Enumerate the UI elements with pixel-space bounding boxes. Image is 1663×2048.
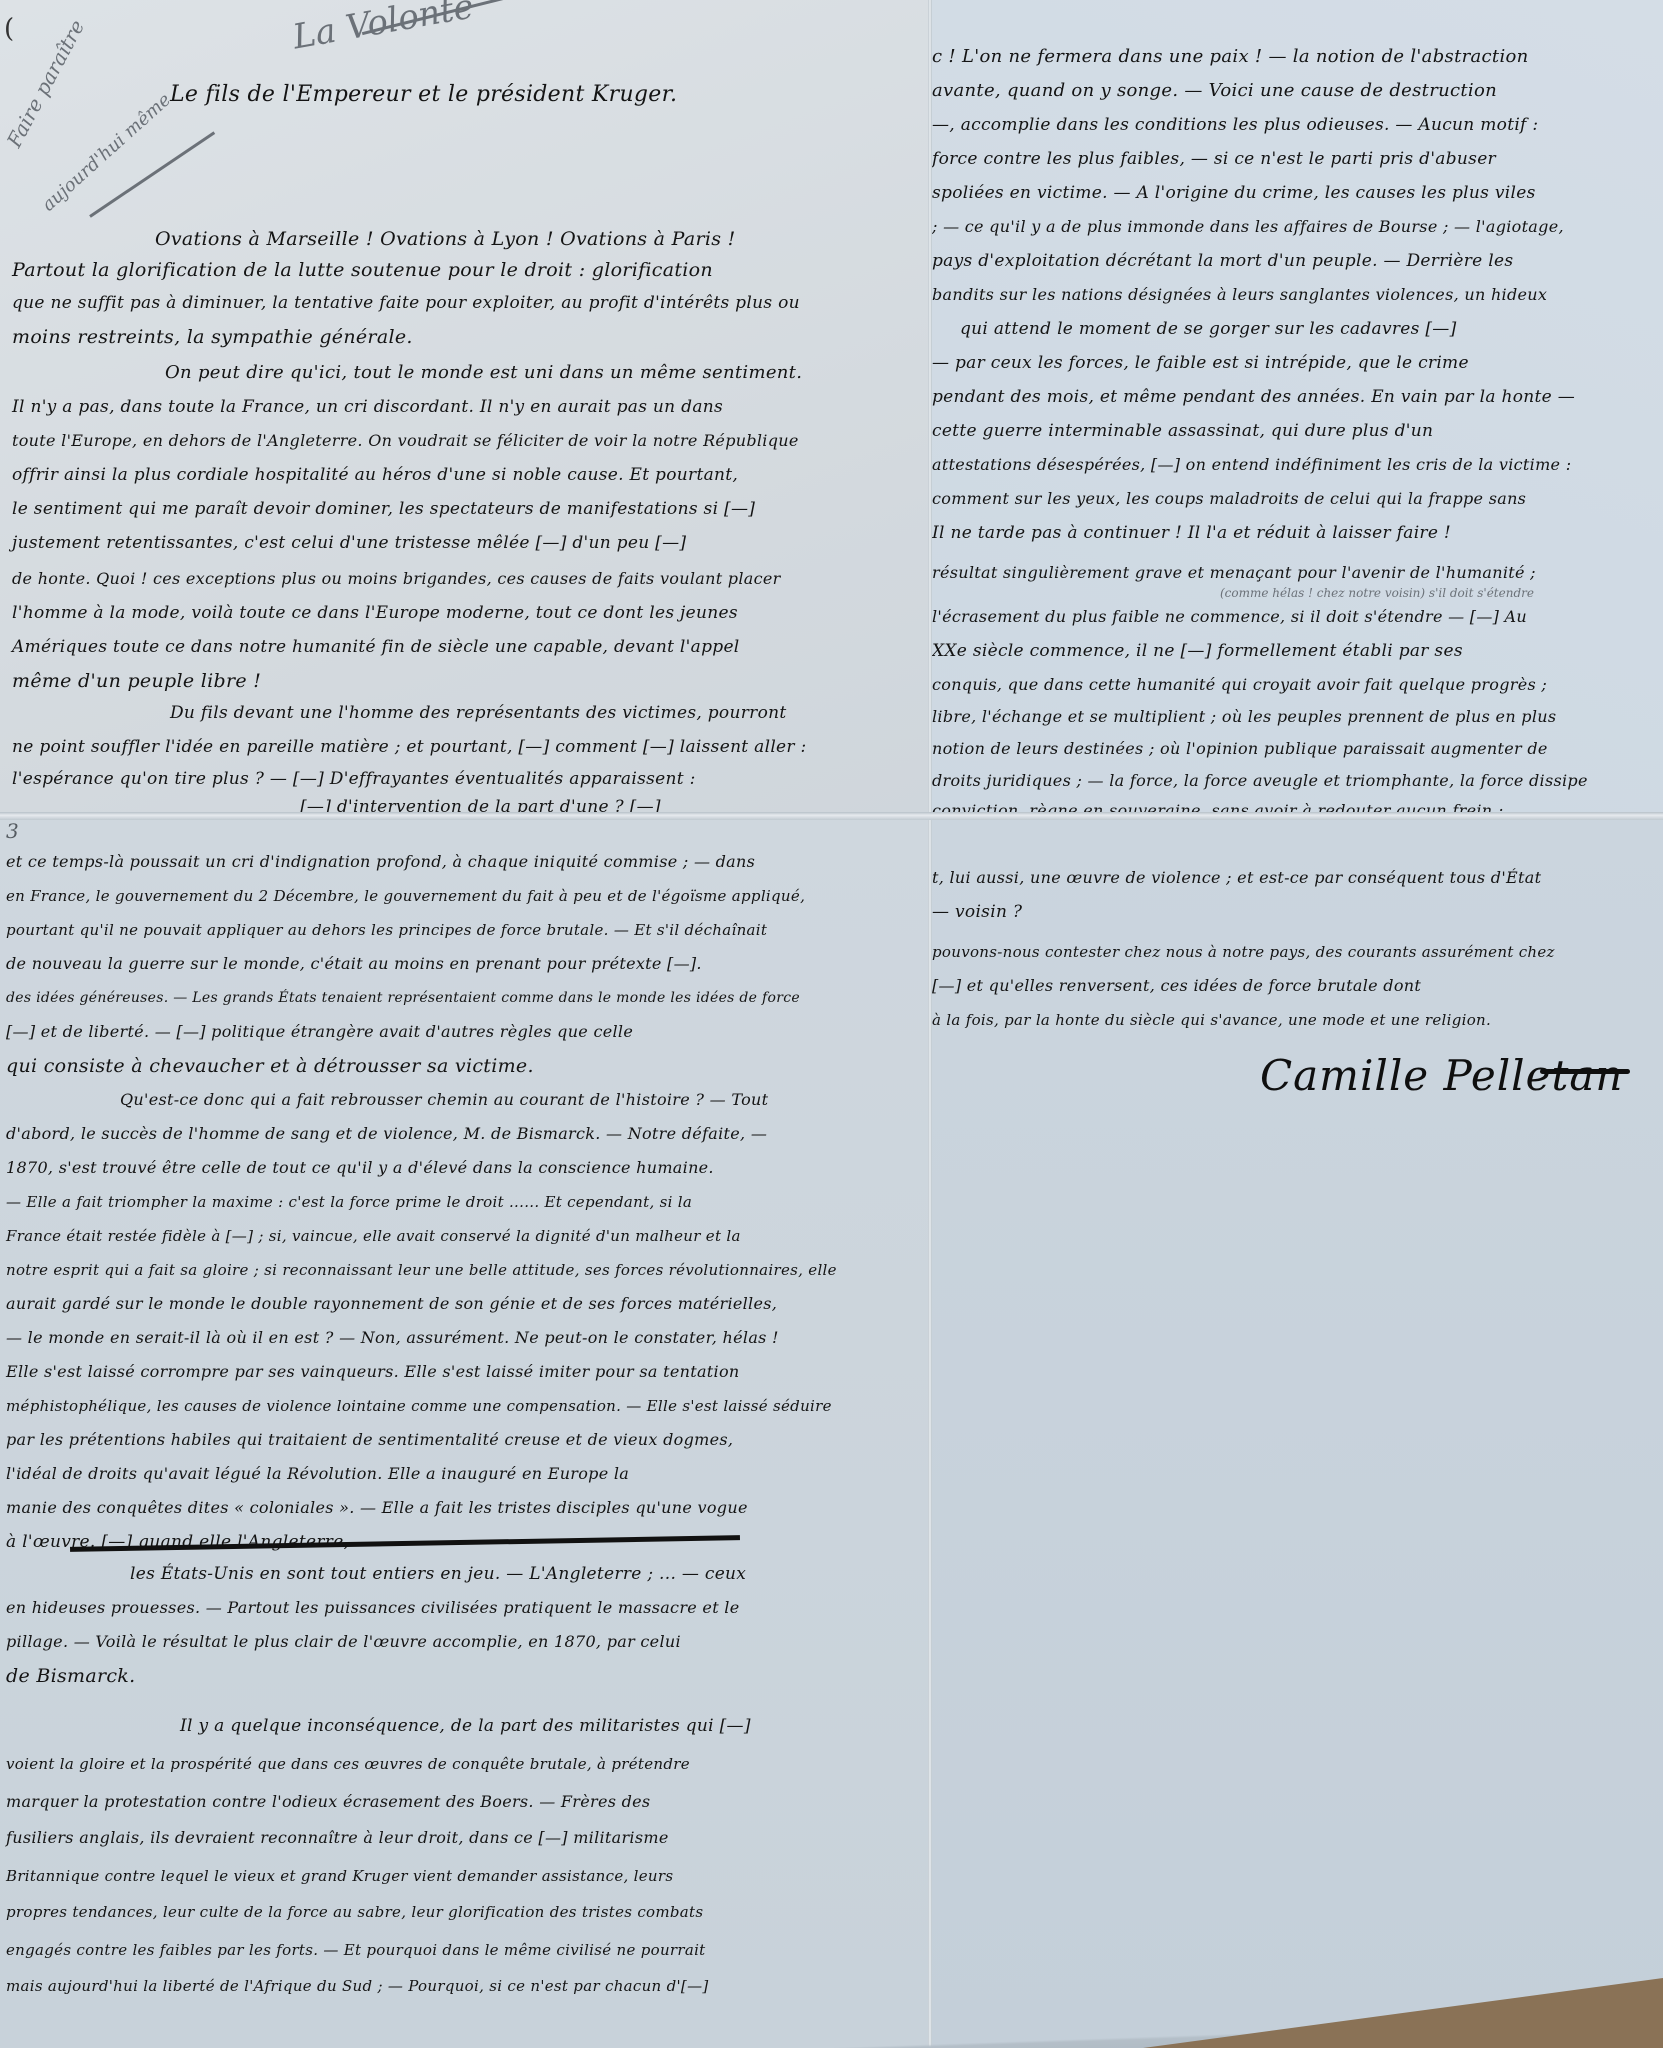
text-line: aurait gardé sur le monde le double rayo… <box>6 1287 777 1321</box>
text-line: résultat singulièrement grave et menaçan… <box>932 556 1536 590</box>
text-line: On peut dire qu'ici, tout le monde est u… <box>165 356 802 390</box>
text-line: méphistophélique, les causes de violence… <box>6 1389 832 1423</box>
text-line: 1870, s'est trouvé être celle de tout ce… <box>6 1151 714 1185</box>
text-line: cette guerre interminable assassinat, qu… <box>932 414 1433 448</box>
text-line: Partout la glorification de la lutte sou… <box>12 253 713 287</box>
quadrant-top-right: c ! L'on ne fermera dans une paix ! — la… <box>930 0 1663 815</box>
text-line: Il y a quelque inconséquence, de la part… <box>180 1709 751 1743</box>
text-line: pourtant qu'il ne pouvait appliquer au d… <box>6 913 767 947</box>
text-line: Du fils devant une l'homme des représent… <box>170 696 787 730</box>
text-line: Qu'est-ce donc qui a fait rebrousser che… <box>120 1083 768 1117</box>
signature-flourish <box>1540 1069 1630 1074</box>
text-line: Amériques toute ce dans notre humanité f… <box>12 630 740 664</box>
text-line: fusiliers anglais, ils devraient reconna… <box>6 1821 669 1855</box>
pencil-interlinear-note: (comme hélas ! chez notre voisin) s'il d… <box>1220 586 1534 600</box>
text-line: pendant des mois, et même pendant des an… <box>932 380 1575 414</box>
text-line: justement retentissantes, c'est celui d'… <box>12 526 686 560</box>
text-line: qui attend le moment de se gorger sur le… <box>960 312 1457 346</box>
text-line: — par ceux les forces, le faible est si … <box>932 346 1469 380</box>
vertical-fold-crease <box>928 0 932 2048</box>
text-line: toute l'Europe, en dehors de l'Angleterr… <box>12 424 799 458</box>
text-line: des idées généreuses. — Les grands États… <box>6 981 800 1015</box>
text-line: Il ne tarde pas à continuer ! Il l'a et … <box>932 516 1451 550</box>
text-line: ; — ce qu'il y a de plus immonde dans le… <box>932 210 1564 244</box>
text-line: à la fois, par la honte du siècle qui s'… <box>932 1003 1491 1037</box>
text-line: conquis, que dans cette humanité qui cro… <box>932 668 1547 702</box>
text-line: avante, quand on y songe. — Voici une ca… <box>932 74 1497 108</box>
text-line: en France, le gouvernement du 2 Décembre… <box>6 879 805 913</box>
text-line: notion de leurs destinées ; où l'opinion… <box>932 732 1548 766</box>
quadrant-bottom-left: 3 et ce temps-là poussait un cri d'indig… <box>0 815 930 2048</box>
text-line: de Bismarck. <box>6 1659 135 1693</box>
text-line: le sentiment qui me paraît devoir domine… <box>12 492 755 526</box>
text-line: Britannique contre lequel le vieux et gr… <box>6 1859 673 1893</box>
text-line: libre, l'échange et se multiplient ; où … <box>932 700 1556 734</box>
opening-parenthesis-mark: ( <box>4 14 14 44</box>
manuscript-sheet: ( La Volonté Faire paraître aujourd'hui … <box>0 0 1663 2048</box>
signature: Camille Pelletan <box>1260 1051 1623 1100</box>
text-line: spoliées en victime. — A l'origine du cr… <box>932 176 1536 210</box>
text-line: et ce temps-là poussait un cri d'indigna… <box>6 845 755 879</box>
text-line: engagés contre les faibles par les forts… <box>6 1933 706 1967</box>
text-line: [—] et de liberté. — [—] politique étran… <box>6 1015 633 1049</box>
text-line: [—] et qu'elles renversent, ces idées de… <box>932 969 1421 1003</box>
text-line: d'abord, le succès de l'homme de sang et… <box>6 1117 767 1151</box>
text-line: même d'un peuple libre ! <box>12 664 261 698</box>
text-line: XXe siècle commence, il ne [—] formellem… <box>932 634 1463 668</box>
text-line: l'homme à la mode, voilà toute ce dans l… <box>12 596 738 630</box>
text-line: bandits sur les nations désignées à leur… <box>932 278 1547 312</box>
text-line: comment sur les yeux, les coups maladroi… <box>932 482 1526 516</box>
text-line: notre esprit qui a fait sa gloire ; si r… <box>6 1253 837 1287</box>
text-line: pays d'exploitation décrétant la mort d'… <box>932 244 1513 278</box>
text-line: Elle s'est laissé corrompre par ses vain… <box>6 1355 739 1389</box>
text-line: voient la gloire et la prospérité que da… <box>6 1747 690 1781</box>
page-number: 3 <box>6 819 19 843</box>
text-line: — le monde en serait-il là où il en est … <box>6 1321 779 1355</box>
text-line: France était restée fidèle à [—] ; si, v… <box>6 1219 741 1253</box>
text-line: attestations désespérées, [—] on entend … <box>932 448 1571 482</box>
text-line: par les prétentions habiles qui traitaie… <box>6 1423 733 1457</box>
text-line: force contre les plus faibles, — si ce n… <box>932 142 1496 176</box>
text-line: manie des conquêtes dites « coloniales »… <box>6 1491 748 1525</box>
text-line: t, lui aussi, une œuvre de violence ; et… <box>932 861 1541 895</box>
text-line: en hideuses prouesses. — Partout les pui… <box>6 1591 740 1625</box>
text-line: offrir ainsi la plus cordiale hospitalit… <box>12 458 738 492</box>
text-line: marquer la protestation contre l'odieux … <box>6 1785 650 1819</box>
pencil-margin-note-line2: aujourd'hui même <box>38 89 175 215</box>
text-line: pouvons-nous contester chez nous à notre… <box>932 935 1555 969</box>
text-line: ne point souffler l'idée en pareille mat… <box>12 730 807 764</box>
table-surface-corner <box>1143 1978 1663 2048</box>
text-line: droits juridiques ; — la force, la force… <box>932 764 1588 798</box>
text-line: c ! L'on ne fermera dans une paix ! — la… <box>932 40 1529 74</box>
pencil-margin-note-line1: Faire paraître <box>2 16 89 151</box>
letter-title: Le fils de l'Empereur et le président Kr… <box>170 78 677 112</box>
text-line: moins restreints, la sympathie générale. <box>12 320 413 354</box>
text-line: Il n'y a pas, dans toute la France, un c… <box>12 390 723 424</box>
text-line: l'écrasement du plus faible ne commence,… <box>932 600 1527 634</box>
text-line: — voisin ? <box>932 895 1022 929</box>
text-line: l'idéal de droits qu'avait légué la Révo… <box>6 1457 629 1491</box>
text-line: pillage. — Voilà le résultat le plus cla… <box>6 1625 681 1659</box>
text-line: qui consiste à chevaucher et à détrousse… <box>6 1049 534 1083</box>
horizontal-fold-crease <box>0 812 1663 820</box>
text-line: Ovations à Marseille ! Ovations à Lyon !… <box>155 222 736 256</box>
text-line: les États-Unis en sont tout entiers en j… <box>130 1557 746 1591</box>
text-line: mais aujourd'hui la liberté de l'Afrique… <box>6 1969 709 2003</box>
text-line: de nouveau la guerre sur le monde, c'éta… <box>6 947 702 981</box>
text-line: que ne suffit pas à diminuer, la tentati… <box>12 286 800 320</box>
text-line: de honte. Quoi ! ces exceptions plus ou … <box>12 562 781 596</box>
quadrant-top-left: ( La Volonté Faire paraître aujourd'hui … <box>0 0 930 815</box>
quadrant-bottom-right: t, lui aussi, une œuvre de violence ; et… <box>930 815 1663 2048</box>
text-line: propres tendances, leur culte de la forc… <box>6 1895 703 1929</box>
text-line: — Elle a fait triompher la maxime : c'es… <box>6 1185 692 1219</box>
text-line: —, accomplie dans les conditions les plu… <box>932 108 1538 142</box>
